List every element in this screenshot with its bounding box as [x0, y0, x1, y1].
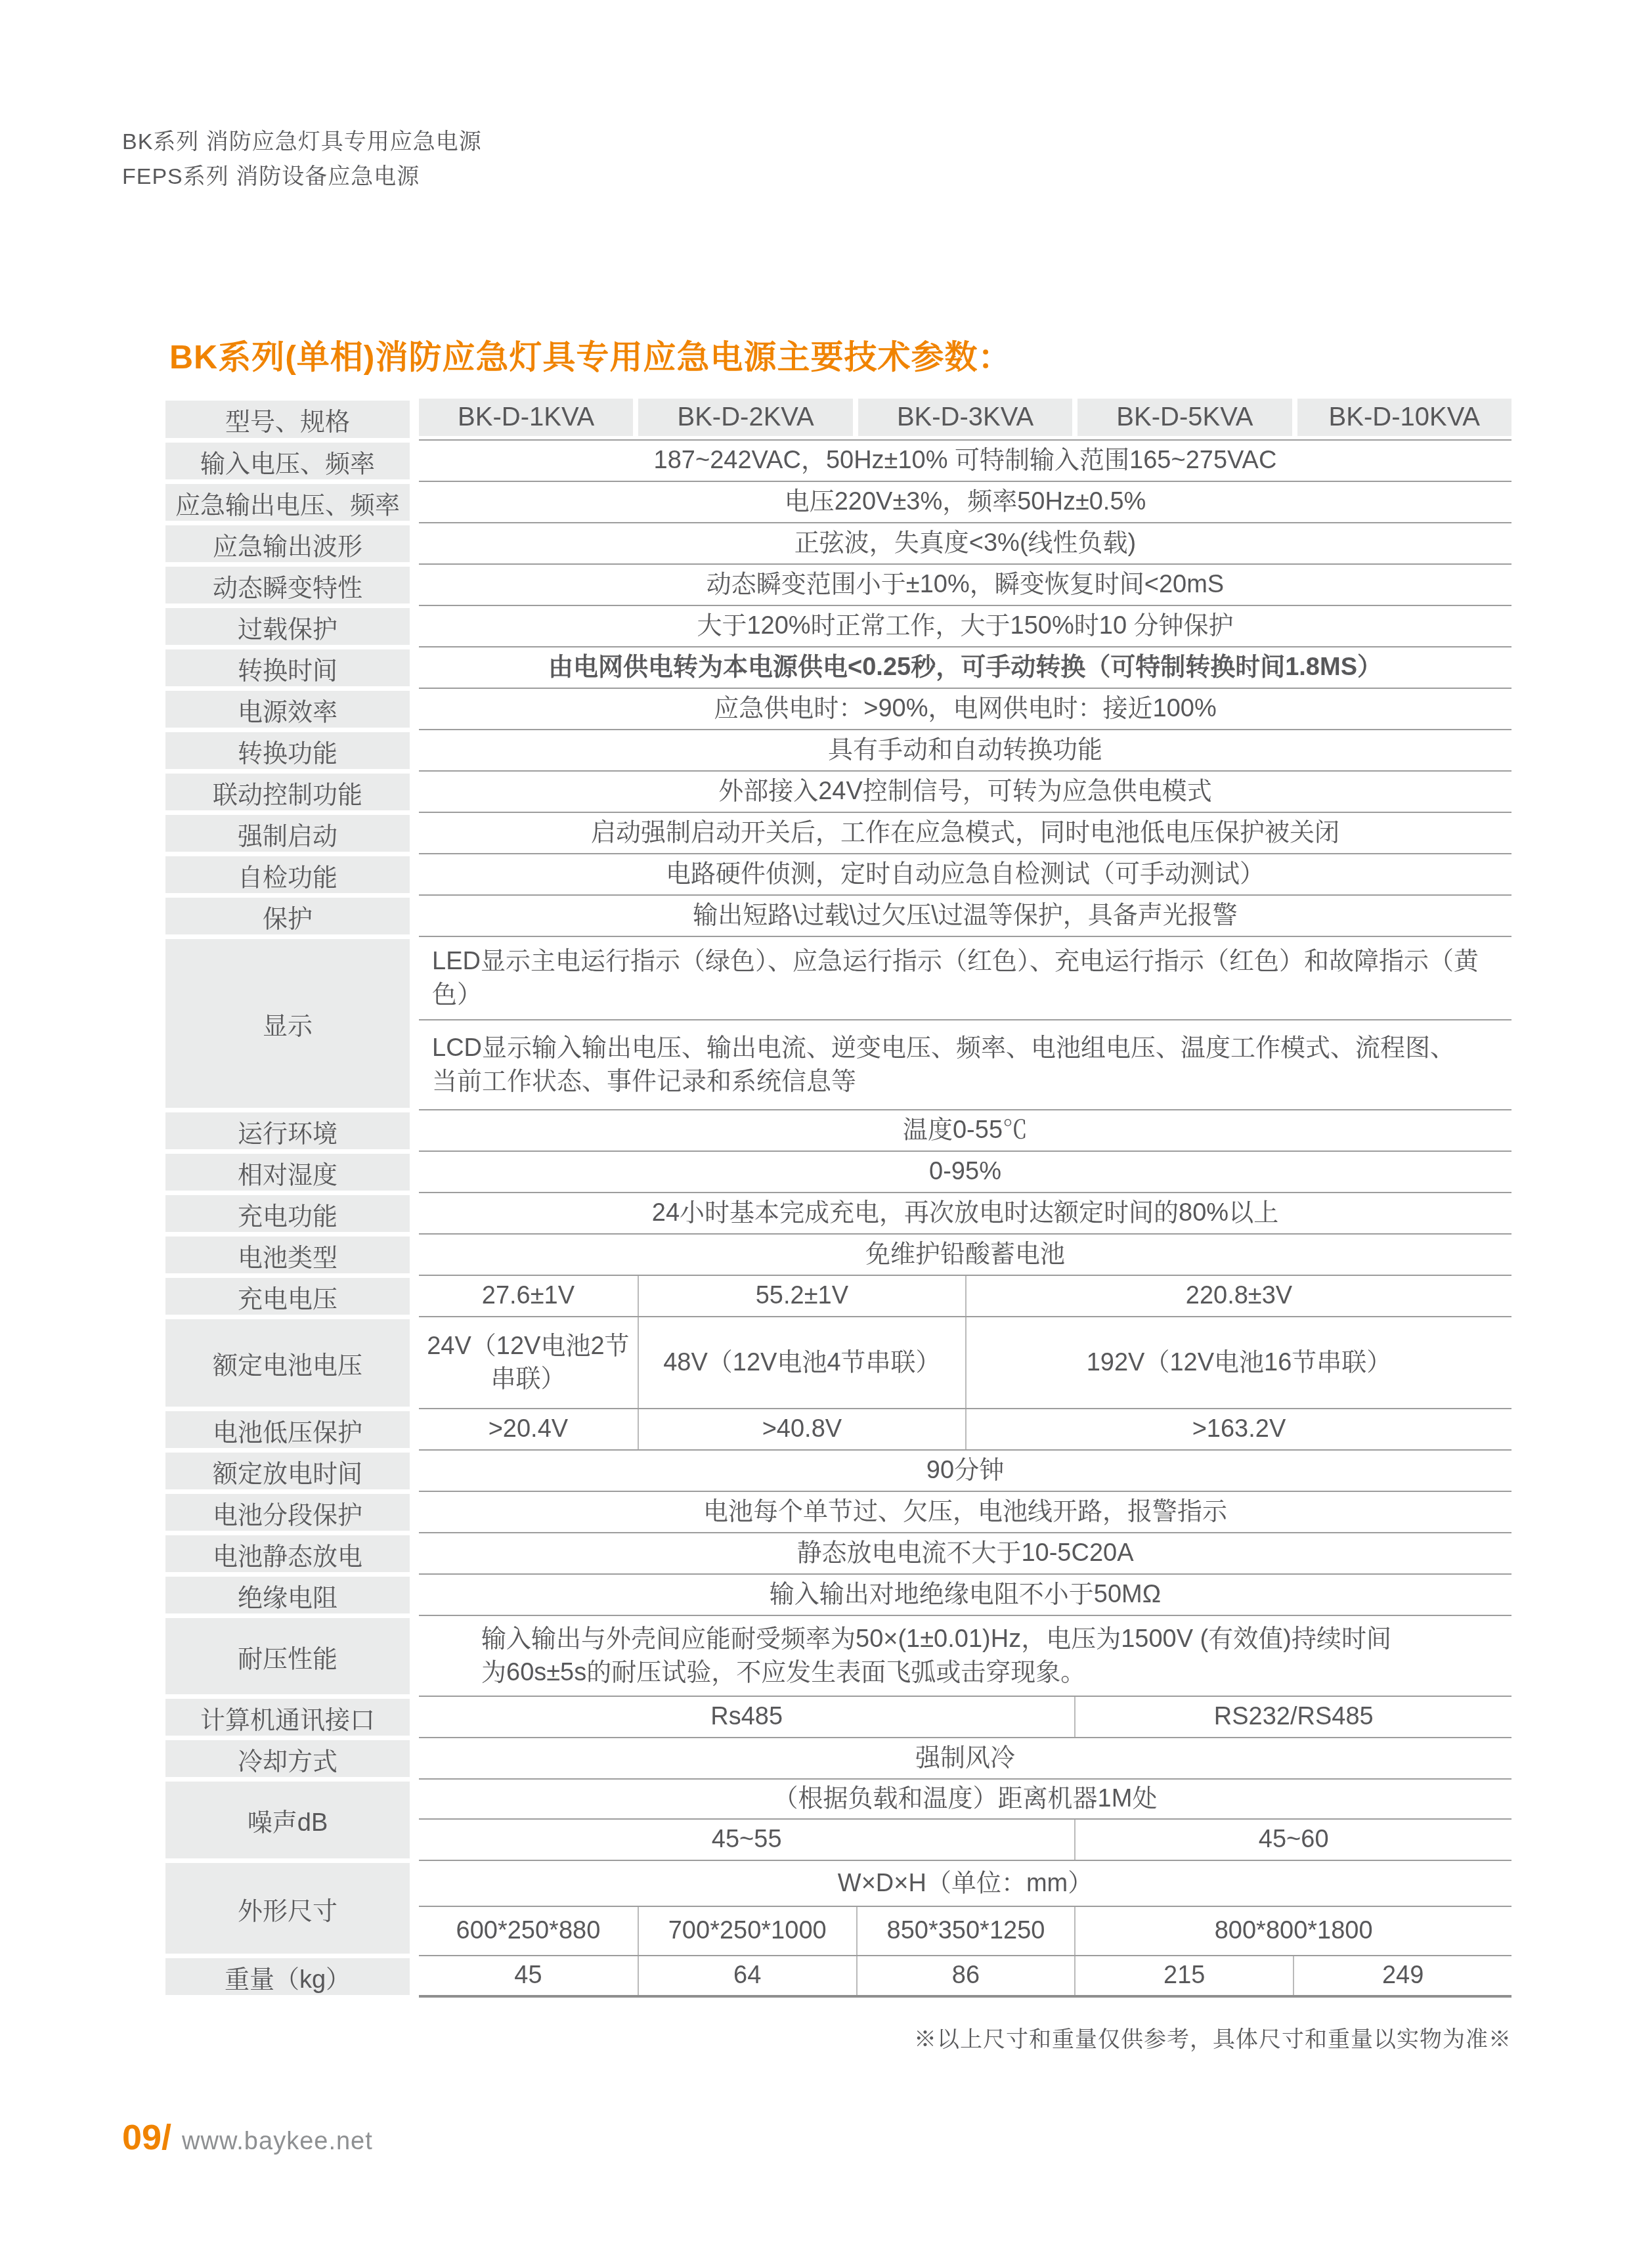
row-values: （根据负载和温度）距离机器1M处45~5545~60: [419, 1780, 1511, 1861]
row-label: 额定电池电压: [165, 1319, 410, 1407]
row-label: 强制启动: [165, 815, 410, 852]
row-values: 强制风冷: [419, 1738, 1511, 1780]
spec-value-cell: 应急供电时：>90%，电网供电时：接近100%: [419, 689, 1511, 729]
spec-value-cell: 外部接入24V控制信号，可转为应急供电模式: [419, 772, 1511, 812]
spec-value-cell: 电池每个单节过、欠压，电池线开路，报警指示: [419, 1492, 1511, 1532]
row-values: 输入输出对地绝缘电阻不小于50MΩ: [419, 1575, 1511, 1616]
row-label: 保护: [165, 898, 410, 934]
table-row: 自检功能电路硬件侦测，定时自动应急自检测试（可手动测试）: [165, 854, 1511, 896]
spec-value-cell: 24V（12V电池2节串联）: [419, 1317, 638, 1408]
row-values: 90分钟: [419, 1451, 1511, 1492]
table-row: 电池分段保护电池每个单节过、欠压，电池线开路，报警指示: [165, 1492, 1511, 1533]
table-row: 外形尺寸W×D×H（单位：mm）600*250*880700*250*10008…: [165, 1861, 1511, 1956]
row-label: 电源效率: [165, 691, 410, 728]
spec-value-cell: >163.2V: [965, 1409, 1511, 1449]
row-values: 27.6±1V55.2±1V220.8±3V: [419, 1276, 1511, 1317]
model-header-cell: BK-D-2KVA: [638, 399, 852, 436]
row-label: 充电功能: [165, 1195, 410, 1232]
row-label: 耐压性能: [165, 1618, 410, 1694]
row-values: 外部接入24V控制信号，可转为应急供电模式: [419, 772, 1511, 813]
website-url: www.baykee.net: [182, 2128, 373, 2156]
spec-value-cell: >40.8V: [638, 1409, 965, 1449]
value-subrow: LCD显示输入输出电压、输出电流、逆变电压、频率、电池组电压、温度工作模式、流程…: [419, 1020, 1511, 1109]
row-label: 电池低压保护: [165, 1411, 410, 1448]
row-values: 免维护铅酸蓄电池: [419, 1235, 1511, 1276]
spec-value-cell: 249: [1293, 1956, 1511, 1995]
table-row: 噪声dB（根据负载和温度）距离机器1M处45~5545~60: [165, 1780, 1511, 1861]
table-row: 绝缘电阻输入输出对地绝缘电阻不小于50MΩ: [165, 1575, 1511, 1616]
spec-value-cell: 电路硬件侦测，定时自动应急自检测试（可手动测试）: [419, 854, 1511, 894]
spec-value-cell: 24小时基本完成充电，再次放电时达额定时间的80%以上: [419, 1193, 1511, 1233]
spec-value-cell: >20.4V: [419, 1409, 638, 1449]
spec-value-cell: 187~242VAC，50Hz±10% 可特制输入范围165~275VAC: [419, 441, 1511, 481]
spec-value-cell: LED显示主电运行指示（绿色）、应急运行指示（红色）、充电运行指示（红色）和故障…: [419, 937, 1511, 1019]
table-row: 计算机通讯接口Rs485RS232/RS485: [165, 1697, 1511, 1738]
row-values: 静态放电电流不大于10-5C20A: [419, 1533, 1511, 1575]
spec-value-cell: 静态放电电流不大于10-5C20A: [419, 1533, 1511, 1573]
table-row: 动态瞬变特性动态瞬变范围小于±10%，瞬变恢复时间<20mS: [165, 565, 1511, 606]
spec-value-cell: 由电网供电转为本电源供电<0.25秒，可手动转换（可特制转换时间1.8MS）: [419, 647, 1511, 688]
row-values: 电池每个单节过、欠压，电池线开路，报警指示: [419, 1492, 1511, 1533]
model-header-cell: BK-D-3KVA: [858, 399, 1072, 436]
spec-value-cell: 220.8±3V: [965, 1276, 1511, 1316]
spec-value-cell: 输出短路\过载\过欠压\过温等保护，具备声光报警: [419, 896, 1511, 936]
spec-value-cell: 48V（12V电池4节串联）: [638, 1317, 965, 1408]
table-row: 耐压性能输入输出与外壳间应能耐受频率为50×(1±0.01)Hz，电压为1500…: [165, 1616, 1511, 1697]
row-values: BK-D-1KVABK-D-2KVABK-D-3KVABK-D-5KVABK-D…: [419, 399, 1511, 441]
spec-value-cell: 86: [856, 1956, 1075, 1995]
spec-value-cell: 55.2±1V: [638, 1276, 965, 1316]
value-subrow: 45~5545~60: [419, 1820, 1511, 1860]
row-label: 相对湿度: [165, 1154, 410, 1191]
row-label: 额定放电时间: [165, 1453, 410, 1489]
row-values: 电压220V±3%，频率50Hz±0.5%: [419, 482, 1511, 523]
value-subrow: W×D×H（单位：mm）: [419, 1861, 1511, 1907]
row-values: 正弦波，失真度<3%(线性负载): [419, 523, 1511, 565]
row-values: 启动强制启动开关后，工作在应急模式，同时电池低电压保护被关闭: [419, 813, 1511, 854]
spec-value-cell: 215: [1074, 1956, 1293, 1995]
spec-value-cell: LCD显示输入输出电压、输出电流、逆变电压、频率、电池组电压、温度工作模式、流程…: [419, 1020, 1511, 1109]
row-values: 0-95%: [419, 1152, 1511, 1193]
spec-value-cell: 电压220V±3%，频率50Hz±0.5%: [419, 482, 1511, 522]
spec-value-cell: 输入输出对地绝缘电阻不小于50MΩ: [419, 1575, 1511, 1615]
table-row: 过载保护大于120%时正常工作，大于150%时10 分钟保护: [165, 606, 1511, 647]
table-row: 联动控制功能外部接入24V控制信号，可转为应急供电模式: [165, 772, 1511, 813]
doc-header: BK系列 消防应急灯具专用应急电源 FEPS系列 消防设备应急电源: [122, 125, 482, 194]
row-label: 冷却方式: [165, 1740, 410, 1777]
value-subrow: 600*250*880700*250*1000850*350*1250800*8…: [419, 1907, 1511, 1955]
spec-table: 型号、规格BK-D-1KVABK-D-2KVABK-D-3KVABK-D-5KV…: [165, 399, 1511, 1998]
spec-value-cell: 800*800*1800: [1074, 1907, 1511, 1955]
row-label: 电池静态放电: [165, 1535, 410, 1572]
row-label: 充电电压: [165, 1278, 410, 1315]
row-label: 电池分段保护: [165, 1494, 410, 1531]
spec-value-cell: （根据负载和温度）距离机器1M处: [419, 1780, 1511, 1818]
table-header-row: 型号、规格BK-D-1KVABK-D-2KVABK-D-3KVABK-D-5KV…: [165, 399, 1511, 441]
spec-value-cell: 700*250*1000: [638, 1907, 856, 1955]
footnote: ※以上尺寸和重量仅供参考，具体尺寸和重量以实物为准※: [914, 2021, 1511, 2053]
document-page: BK系列 消防应急灯具专用应急电源 FEPS系列 消防设备应急电源 BK系列(单…: [0, 0, 1652, 2257]
row-label: 外形尺寸: [165, 1863, 410, 1954]
row-label: 运行环境: [165, 1112, 410, 1149]
table-row: 电池静态放电静态放电电流不大于10-5C20A: [165, 1533, 1511, 1575]
spec-value-cell: 192V（12V电池16节串联）: [965, 1317, 1511, 1408]
row-values: 输入输出与外壳间应能耐受频率为50×(1±0.01)Hz，电压为1500V (有…: [419, 1616, 1511, 1697]
spec-value-cell: 输入输出与外壳间应能耐受频率为50×(1±0.01)Hz，电压为1500V (有…: [419, 1616, 1511, 1696]
row-label: 联动控制功能: [165, 774, 410, 810]
spec-value-cell: 850*350*1250: [856, 1907, 1075, 1955]
spec-value-cell: 64: [638, 1956, 856, 1995]
row-values: 187~242VAC，50Hz±10% 可特制输入范围165~275VAC: [419, 441, 1511, 482]
row-values: 由电网供电转为本电源供电<0.25秒，可手动转换（可特制转换时间1.8MS）: [419, 647, 1511, 689]
row-label: 应急输出电压、频率: [165, 484, 410, 521]
row-label: 动态瞬变特性: [165, 567, 410, 603]
spec-value-cell: 600*250*880: [419, 1907, 638, 1955]
row-values: 动态瞬变范围小于±10%，瞬变恢复时间<20mS: [419, 565, 1511, 606]
spec-value-cell: 正弦波，失真度<3%(线性负载): [419, 523, 1511, 563]
spec-value-cell: 45: [419, 1956, 638, 1995]
row-values: 456486215249: [419, 1956, 1511, 1998]
row-values: 24V（12V电池2节串联）48V（12V电池4节串联）192V（12V电池16…: [419, 1317, 1511, 1409]
spec-value-cell: 强制风冷: [419, 1738, 1511, 1778]
row-label: 型号、规格: [165, 401, 410, 438]
doc-header-line1: BK系列 消防应急灯具专用应急电源: [122, 125, 482, 160]
row-label: 自检功能: [165, 856, 410, 893]
row-values: 输出短路\过载\过欠压\过温等保护，具备声光报警: [419, 896, 1511, 937]
row-label: 噪声dB: [165, 1782, 410, 1858]
row-values: 24小时基本完成充电，再次放电时达额定时间的80%以上: [419, 1193, 1511, 1235]
table-row: 应急输出电压、频率电压220V±3%，频率50Hz±0.5%: [165, 482, 1511, 523]
spec-value-cell: 免维护铅酸蓄电池: [419, 1235, 1511, 1275]
table-row: 相对湿度0-95%: [165, 1152, 1511, 1193]
spec-value-cell: Rs485: [419, 1697, 1074, 1737]
spec-value-cell: 45~55: [419, 1820, 1074, 1860]
row-label: 显示: [165, 939, 410, 1108]
table-row: 重量（kg）456486215249: [165, 1956, 1511, 1998]
row-label: 重量（kg）: [165, 1958, 410, 1995]
table-row: 应急输出波形正弦波，失真度<3%(线性负载): [165, 523, 1511, 565]
page-number: 09/: [122, 2117, 171, 2158]
spec-value-cell: 温度0-55℃: [419, 1110, 1511, 1150]
spec-value-cell: RS232/RS485: [1074, 1697, 1511, 1737]
model-header-cell: BK-D-10KVA: [1297, 399, 1511, 436]
table-row: 转换时间由电网供电转为本电源供电<0.25秒，可手动转换（可特制转换时间1.8M…: [165, 647, 1511, 689]
row-label: 电池类型: [165, 1237, 410, 1273]
row-label: 过载保护: [165, 608, 410, 645]
spec-value-cell: 45~60: [1074, 1820, 1511, 1860]
row-values: 大于120%时正常工作，大于150%时10 分钟保护: [419, 606, 1511, 647]
spec-value-cell: 27.6±1V: [419, 1276, 638, 1316]
spec-value-cell: 动态瞬变范围小于±10%，瞬变恢复时间<20mS: [419, 565, 1511, 605]
table-row: 显示LED显示主电运行指示（绿色）、应急运行指示（红色）、充电运行指示（红色）和…: [165, 937, 1511, 1110]
row-values: 温度0-55℃: [419, 1110, 1511, 1152]
table-row: 额定电池电压24V（12V电池2节串联）48V（12V电池4节串联）192V（1…: [165, 1317, 1511, 1409]
spec-value-cell: 90分钟: [419, 1451, 1511, 1491]
spec-value-cell: 0-95%: [419, 1152, 1511, 1192]
spec-value-cell: W×D×H（单位：mm）: [419, 1861, 1511, 1906]
row-values: 应急供电时：>90%，电网供电时：接近100%: [419, 689, 1511, 730]
table-row: 强制启动启动强制启动开关后，工作在应急模式，同时电池低电压保护被关闭: [165, 813, 1511, 854]
row-label: 转换时间: [165, 649, 410, 686]
page-title: BK系列(单相)消防应急灯具专用应急电源主要技术参数：: [169, 331, 1012, 378]
row-values: LED显示主电运行指示（绿色）、应急运行指示（红色）、充电运行指示（红色）和故障…: [419, 937, 1511, 1110]
row-label: 输入电压、频率: [165, 443, 410, 479]
spec-value-cell: 大于120%时正常工作，大于150%时10 分钟保护: [419, 606, 1511, 646]
spec-value-cell: 启动强制启动开关后，工作在应急模式，同时电池低电压保护被关闭: [419, 813, 1511, 853]
row-label: 绝缘电阻: [165, 1577, 410, 1613]
value-subrow: （根据负载和温度）距离机器1M处: [419, 1780, 1511, 1820]
table-row: 转换功能具有手动和自动转换功能: [165, 730, 1511, 772]
table-row: 运行环境温度0-55℃: [165, 1110, 1511, 1152]
row-values: 电路硬件侦测，定时自动应急自检测试（可手动测试）: [419, 854, 1511, 896]
row-values: Rs485RS232/RS485: [419, 1697, 1511, 1738]
table-row: 输入电压、频率187~242VAC，50Hz±10% 可特制输入范围165~27…: [165, 441, 1511, 482]
table-row: 保护输出短路\过载\过欠压\过温等保护，具备声光报警: [165, 896, 1511, 937]
spec-value-cell: 具有手动和自动转换功能: [419, 730, 1511, 770]
row-label: 应急输出波形: [165, 525, 410, 562]
table-row: 冷却方式强制风冷: [165, 1738, 1511, 1780]
table-row: 充电电压27.6±1V55.2±1V220.8±3V: [165, 1276, 1511, 1317]
table-row: 电池类型免维护铅酸蓄电池: [165, 1235, 1511, 1276]
table-row: 电池低压保护>20.4V>40.8V>163.2V: [165, 1409, 1511, 1451]
model-header-cell: BK-D-1KVA: [419, 399, 633, 436]
value-subrow: LED显示主电运行指示（绿色）、应急运行指示（红色）、充电运行指示（红色）和故障…: [419, 937, 1511, 1020]
table-row: 额定放电时间90分钟: [165, 1451, 1511, 1492]
row-label: 计算机通讯接口: [165, 1699, 410, 1736]
table-row: 电源效率应急供电时：>90%，电网供电时：接近100%: [165, 689, 1511, 730]
row-values: 具有手动和自动转换功能: [419, 730, 1511, 772]
model-header-cell: BK-D-5KVA: [1077, 399, 1292, 436]
row-values: W×D×H（单位：mm）600*250*880700*250*1000850*3…: [419, 1861, 1511, 1956]
row-values: >20.4V>40.8V>163.2V: [419, 1409, 1511, 1451]
row-label: 转换功能: [165, 732, 410, 769]
page-footer: 09/ www.baykee.net: [122, 2117, 373, 2158]
table-row: 充电功能24小时基本完成充电，再次放电时达额定时间的80%以上: [165, 1193, 1511, 1235]
doc-header-line2: FEPS系列 消防设备应急电源: [122, 160, 482, 194]
